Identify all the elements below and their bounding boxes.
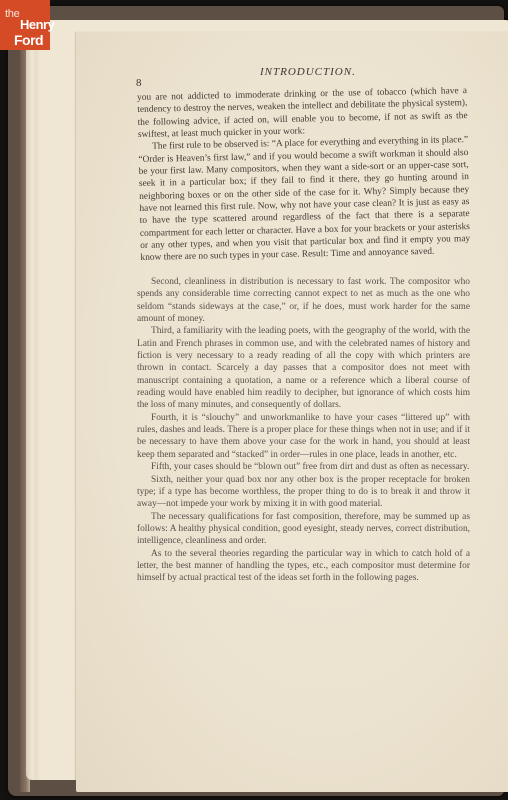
paragraph: Third, a familiarity with the leading po… [137, 325, 470, 411]
paragraph: Fifth, your cases should be “blown out” … [137, 461, 470, 473]
page-number: 8 [136, 77, 142, 89]
logo-the: the [5, 8, 19, 20]
body-text-upper: you are not addicted to immoderate drink… [137, 85, 471, 265]
paragraph: Second, cleanliness in distribution is n… [137, 276, 470, 325]
paragraph: The necessary qualifications for fast co… [137, 511, 470, 548]
logo-ford: Ford [14, 32, 43, 48]
paragraph: Sixth, neither your quad box nor any oth… [137, 474, 470, 511]
body-text-lower: Second, cleanliness in distribution is n… [137, 276, 470, 585]
henry-ford-logo: the Henry Ford [0, 0, 50, 50]
paragraph: Fourth, it is “slouchy” and unworkmanlik… [137, 412, 470, 461]
paragraph: The first rule to be observed is: “A pla… [138, 134, 471, 264]
paragraph: you are not addicted to immoderate drink… [137, 85, 468, 141]
paragraph: As to the several theories regarding the… [137, 548, 470, 585]
running-head: INTRODUCTION. [260, 66, 356, 78]
logo-henry: Henry [20, 17, 54, 32]
